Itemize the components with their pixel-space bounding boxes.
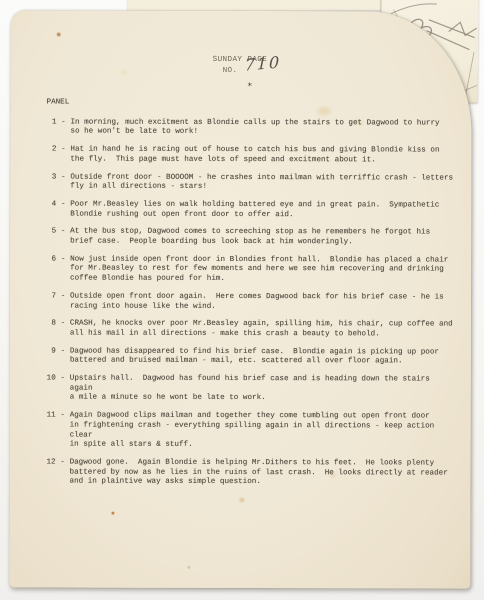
panel-item-text: Outside open front door again. Here come… [70, 292, 456, 312]
panel-item-number: 10 [46, 375, 56, 404]
panel-item: 1 - In morning, much excitment as Blondi… [46, 118, 456, 138]
panel-item-number: 8 [46, 320, 56, 339]
panel-item-dash: - [56, 375, 70, 404]
panel-item-dash: - [56, 118, 70, 137]
panel-item-text: Dagwood has disappeared to find his brie… [70, 347, 456, 367]
panel-item-number: 7 [46, 292, 56, 311]
panel-item: 9 - Dagwood has disappeared to find his … [46, 347, 456, 367]
panel-item: 6 - Now just inside open front door in B… [46, 255, 456, 285]
panel-item-number: 11 [46, 412, 56, 451]
panel-item-dash: - [56, 292, 70, 311]
panel-item-text: Outside front door - BOOOOM - he crashes… [70, 173, 456, 193]
panel-item: 10 - Upstairs hall. Dagwood has found hi… [46, 375, 456, 405]
panel-item-number: 4 [46, 200, 56, 219]
stain-spot [57, 33, 61, 37]
panel-item-dash: - [56, 173, 70, 192]
stamp-asterisk-mark: * [248, 82, 253, 92]
handwritten-page-number: 710 [244, 52, 281, 74]
panel-item: 2 - Hat in hand he is racing out of hous… [46, 146, 456, 166]
panel-item-dash: - [56, 412, 70, 451]
panel-item-text: Poor Mr.Beasley lies on walk holding bat… [70, 200, 456, 220]
document-paper: SUNDAY PAGE NO. 710 * PANEL 1 - In morni… [9, 10, 472, 588]
panel-item-dash: - [56, 347, 70, 366]
panel-item-dash: - [56, 255, 70, 284]
panel-item-text: At the bus stop, Dagwood comes to screec… [70, 228, 456, 248]
panel-item-number: 12 [46, 458, 56, 487]
panel-item-text: Dagwood gone. Again Blondie is helping M… [70, 459, 456, 489]
panel-item-number: 5 [46, 228, 56, 247]
panel-item: 3 - Outside front door - BOOOOM - he cra… [46, 173, 456, 193]
scan-background: SUNDAY PAGE NO. 710 * PANEL 1 - In morni… [0, 0, 484, 600]
panel-item: 12 - Dagwood gone. Again Blondie is help… [46, 458, 456, 488]
panel-item-number: 1 [46, 118, 56, 137]
typed-body: PANEL 1 - In morning, much excitment as … [45, 98, 456, 496]
panel-item-number: 3 [46, 173, 56, 192]
panel-item-text: Upstairs hall. Dagwood has found his bri… [70, 375, 456, 405]
panel-item-text: Now just inside open front door in Blond… [70, 255, 456, 285]
panel-item-dash: - [56, 228, 70, 247]
panel-item-dash: - [56, 146, 70, 165]
panel-item-text: CRASH, he knocks over poor Mr.Beasley ag… [70, 320, 456, 340]
stain-spot [187, 566, 190, 569]
panel-item-text: Hat in hand he is racing out of house to… [70, 146, 456, 166]
stain-spot [239, 498, 244, 502]
panel-list: 1 - In morning, much excitment as Blondi… [46, 118, 457, 488]
panel-item: 7 - Outside open front door again. Here … [46, 292, 456, 312]
stain-spot [111, 512, 114, 515]
stain-spot [121, 70, 127, 75]
panel-item-number: 2 [46, 146, 56, 165]
panel-item-number: 6 [46, 255, 56, 284]
panel-item-dash: - [56, 459, 70, 488]
panel-item-text: Again Dagwood clips mailman and together… [70, 412, 456, 452]
panel-heading: PANEL [47, 98, 457, 109]
panel-item-dash: - [56, 320, 70, 339]
page-stamp: SUNDAY PAGE NO. 710 * [213, 56, 323, 102]
panel-item: 5 - At the bus stop, Dagwood comes to sc… [46, 228, 456, 248]
panel-item: 8 - CRASH, he knocks over poor Mr.Beasle… [46, 320, 456, 340]
panel-item: 4 - Poor Mr.Beasley lies on walk holding… [46, 200, 456, 220]
panel-item: 11 - Again Dagwood clips mailman and tog… [46, 412, 456, 452]
panel-item-number: 9 [46, 347, 56, 366]
panel-item-text: In morning, much excitment as Blondie ca… [70, 118, 456, 138]
panel-item-dash: - [56, 200, 70, 219]
